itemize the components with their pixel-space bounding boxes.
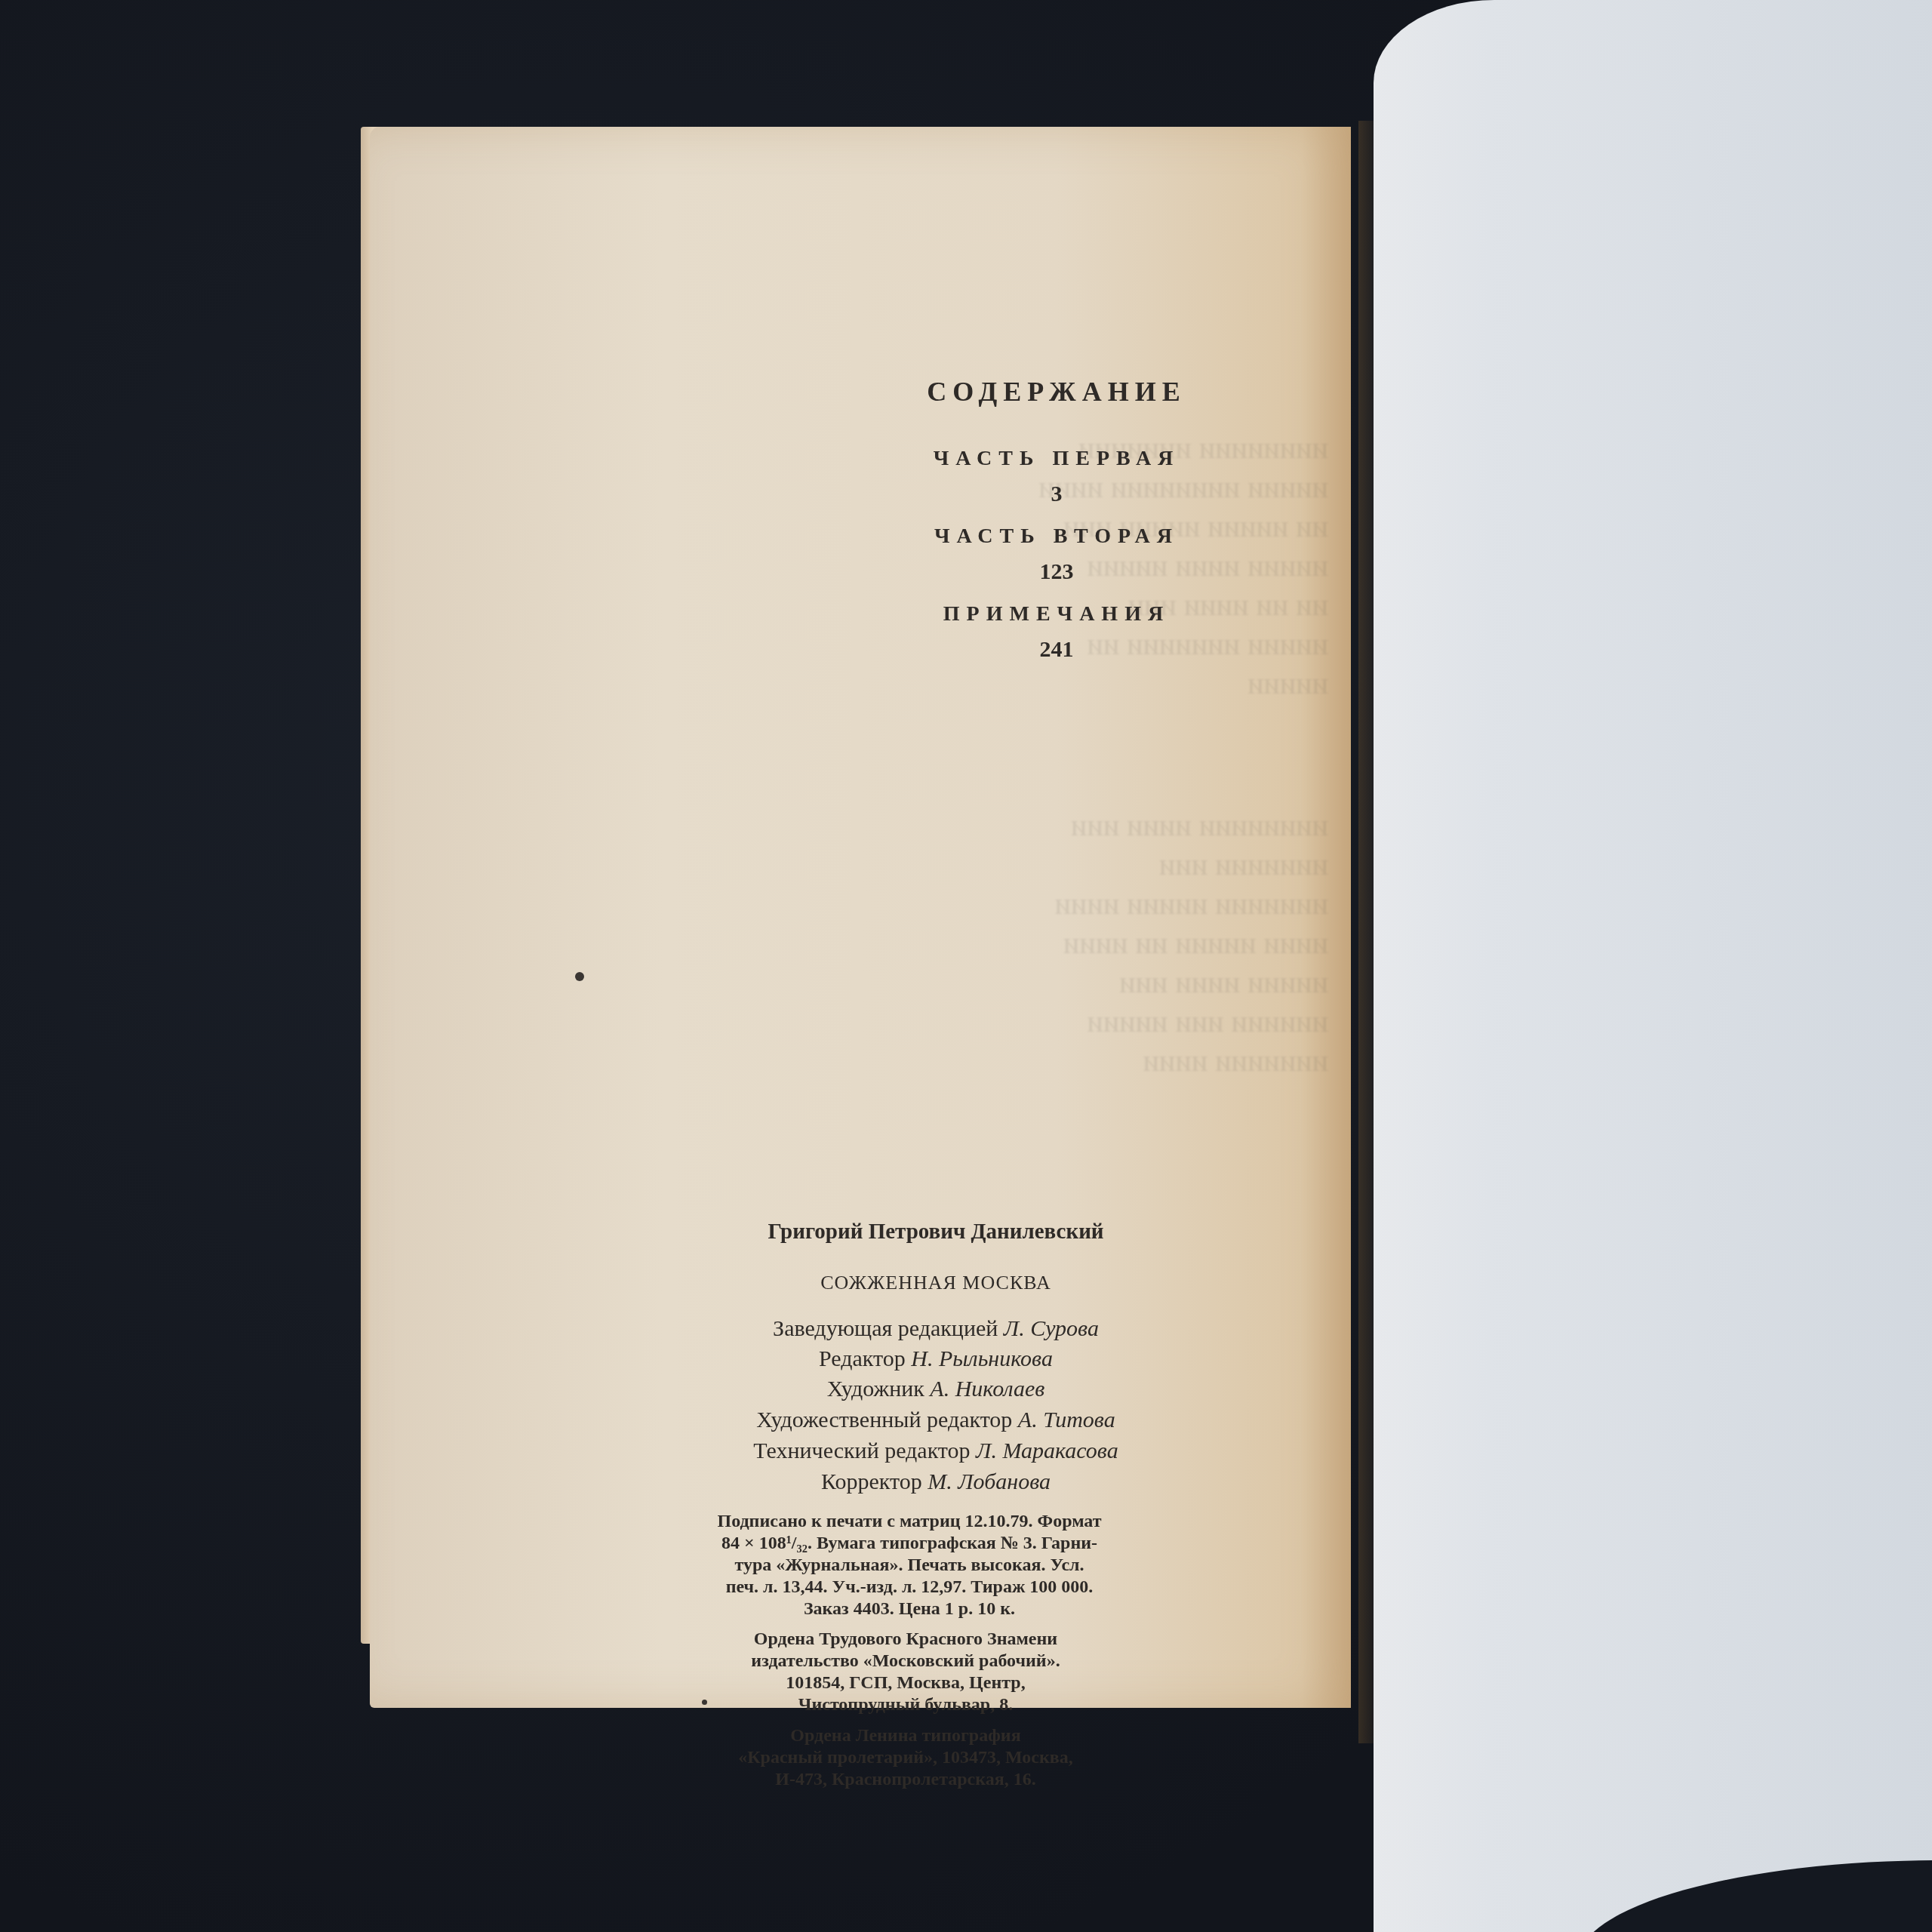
toc-heading: СОДЕРЖАНИЕ xyxy=(792,376,1321,408)
credit-line: Художник А. Николаев xyxy=(619,1377,1253,1402)
toc-entry-page: 123 xyxy=(792,559,1321,585)
book-title: СОЖЖЕННАЯ МОСКВА xyxy=(619,1272,1253,1294)
print-details: Подписано к печати с матриц 12.10.79. Фо… xyxy=(649,1511,1170,1620)
toc-entry-page: 3 xyxy=(792,481,1321,507)
bleed-through-text: ииииииии ииии иии иииииии иии иииииии ии… xyxy=(1230,806,1328,1081)
toc-entry-label: ЧАСТЬ ПЕРВАЯ xyxy=(792,447,1321,471)
credit-line: Художественный редактор А. Титова xyxy=(619,1407,1253,1433)
credit-line: Заведующая редакцией Л. Сурова xyxy=(619,1316,1253,1342)
printer-info: Ордена Ленина типография «Красный пролет… xyxy=(657,1725,1155,1791)
credit-line: Редактор Н. Рыльникова xyxy=(619,1346,1253,1372)
credit-line: Технический редактор Л. Маракасова xyxy=(619,1438,1253,1464)
left-page: ииииииии иииииии иииии ииииииии ииии ии … xyxy=(370,127,1351,1708)
credit-line: Корректор М. Лобанова xyxy=(619,1469,1253,1495)
ink-speck xyxy=(702,1700,707,1705)
ink-speck xyxy=(575,972,584,981)
toc-entry-page: 241 xyxy=(792,637,1321,663)
toc-entry-label: ЧАСТЬ ВТОРАЯ xyxy=(792,525,1321,549)
author-name: Григорий Петрович Данилевский xyxy=(619,1220,1253,1244)
right-blank-page xyxy=(1374,0,1932,1932)
publisher-info: Ордена Трудового Красного Знамени издате… xyxy=(657,1629,1155,1716)
toc-entry-label: ПРИМЕЧАНИЯ xyxy=(792,602,1321,626)
